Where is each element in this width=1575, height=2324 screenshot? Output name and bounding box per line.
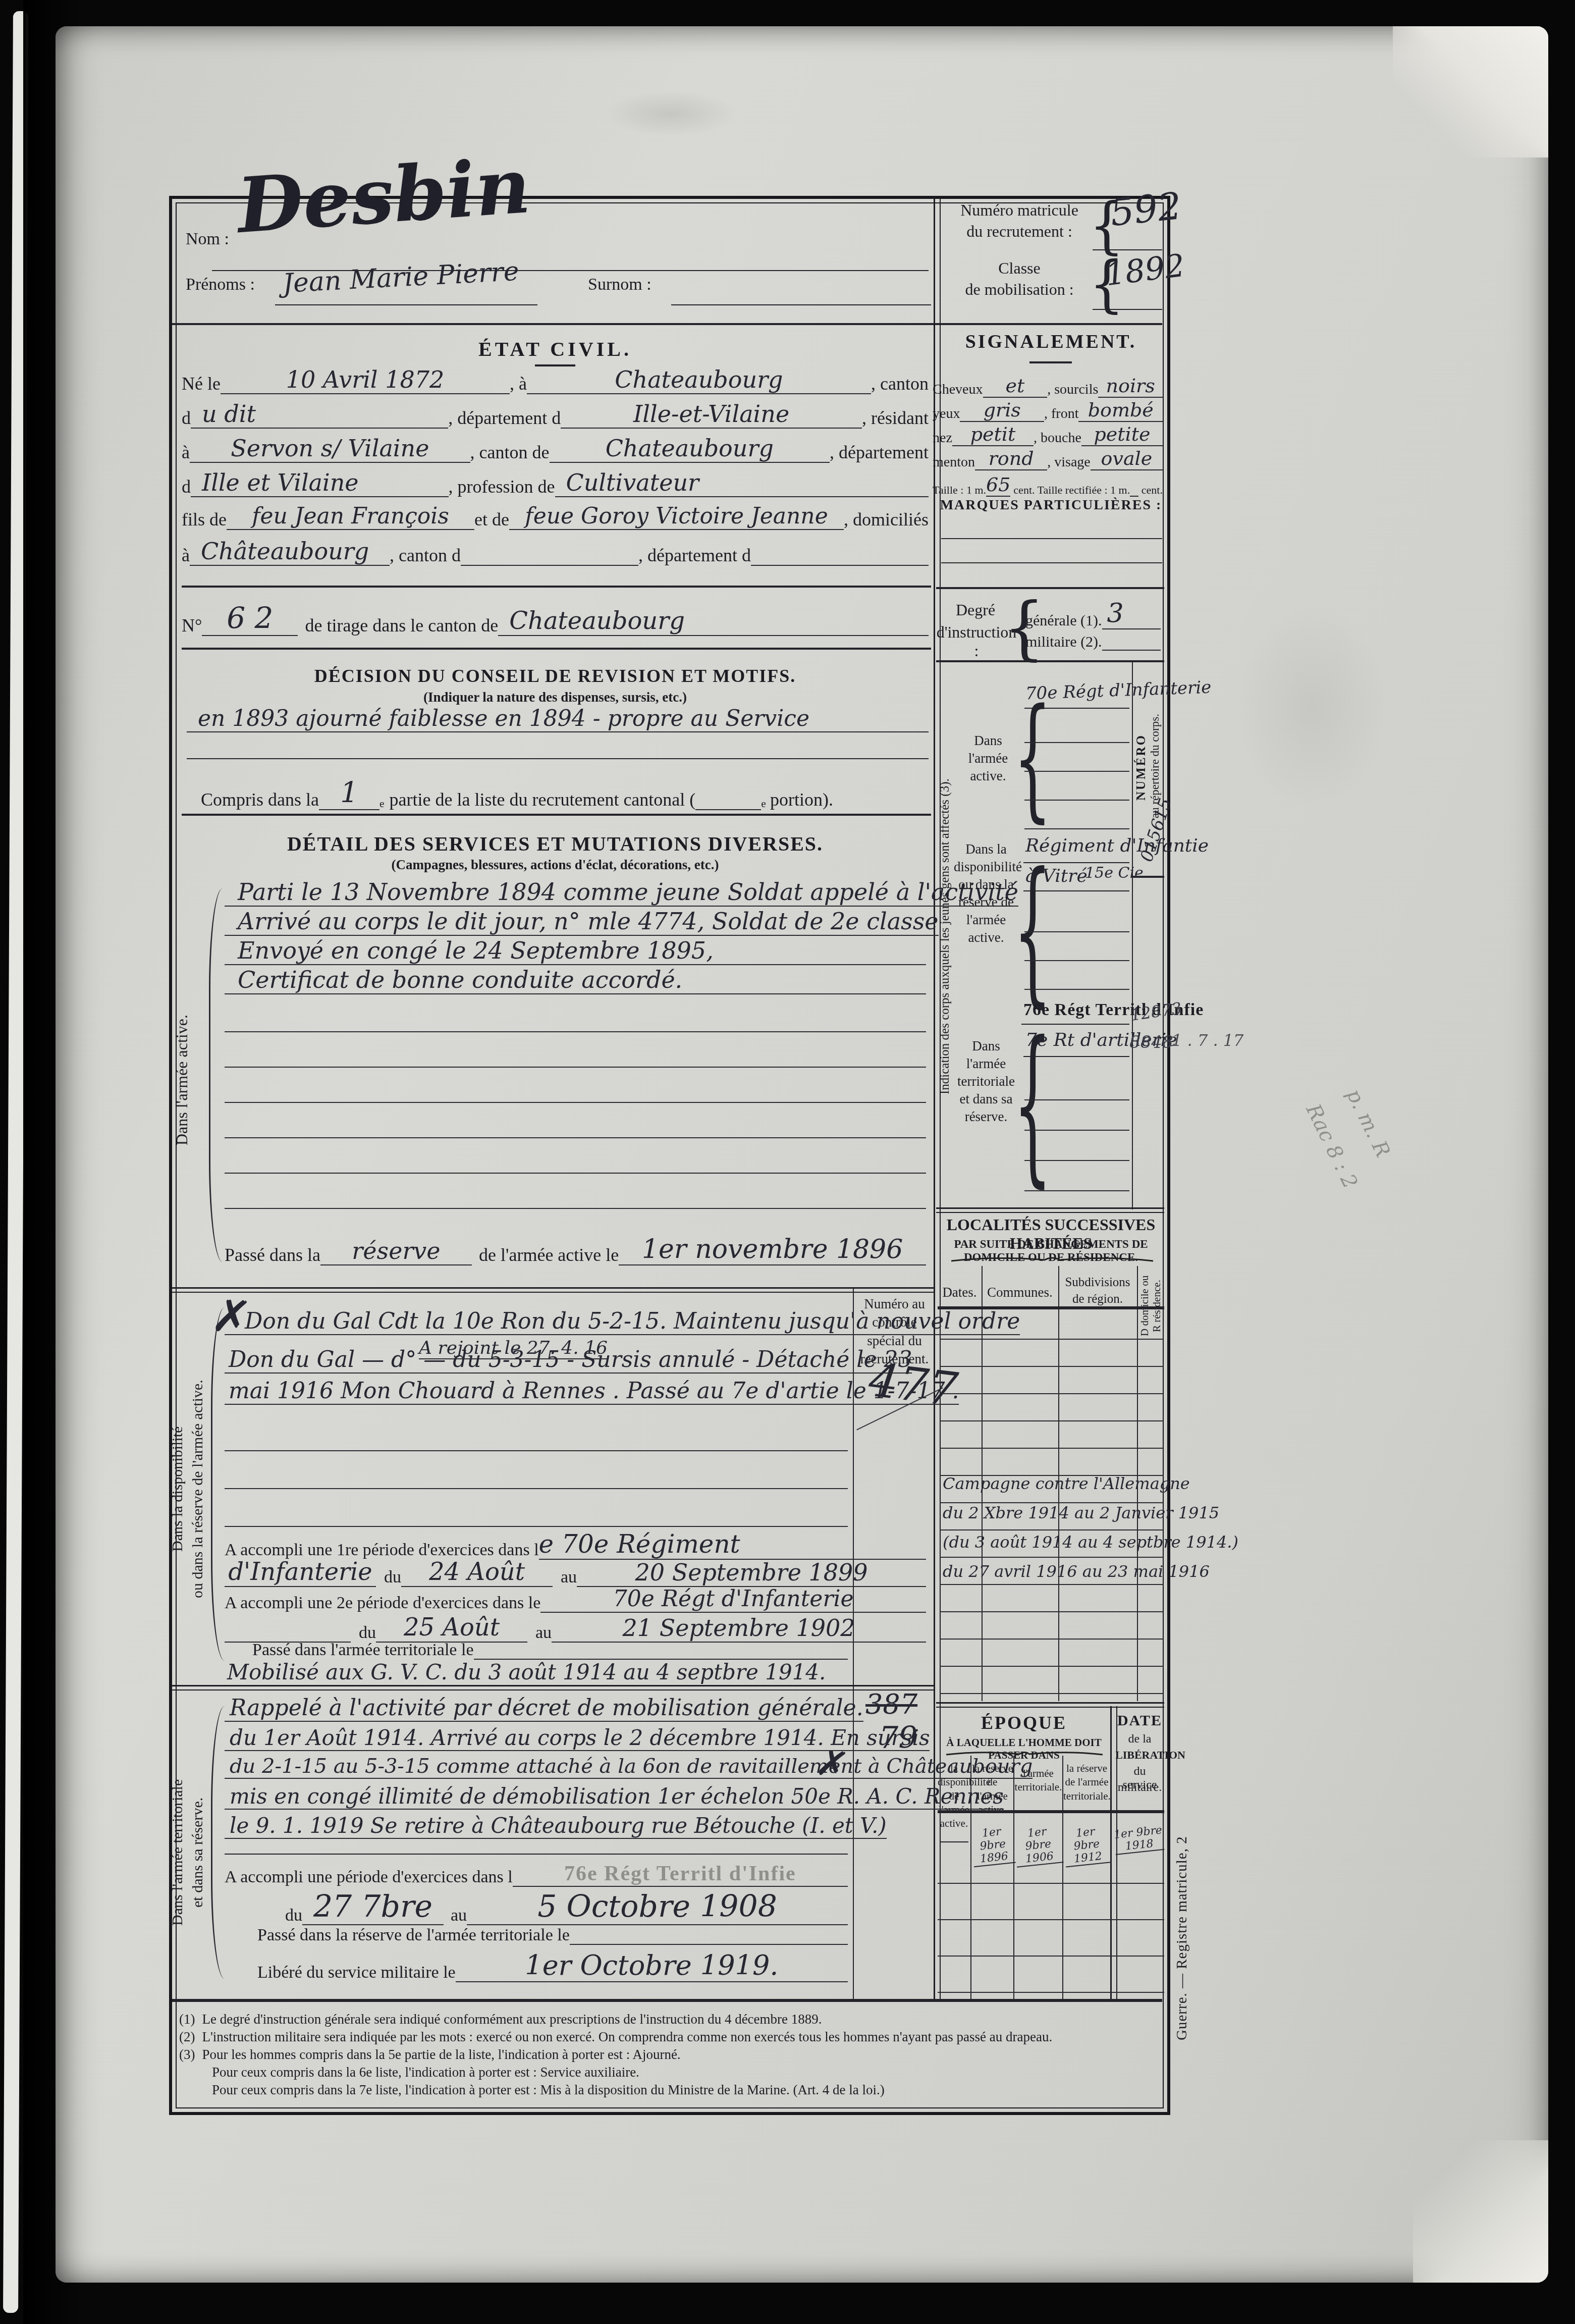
du-label: du: [285, 1906, 302, 1925]
footnote-text: Pour les hommes compris dans la 5e parti…: [202, 2047, 680, 2063]
et-de-label: et de: [474, 509, 509, 530]
yeux-label: yeux: [933, 406, 960, 422]
corps-terr-date-note: 1 . 7 . 17: [1172, 1031, 1243, 1050]
departement-residence: Ille et Vilaine: [191, 469, 449, 497]
date-col-5: militaire.: [1115, 1781, 1164, 1794]
nez-value: petit: [952, 423, 1034, 446]
sourcils-value: noirs: [1098, 375, 1163, 398]
generale-value: 3: [1102, 598, 1161, 629]
date-col-3: LIBÉRATION: [1115, 1749, 1164, 1762]
passe-reserve-label-2: de l'armée active le: [472, 1244, 619, 1265]
service-line: Parti le 13 Novembre 1894 comme jeune So…: [225, 878, 1018, 907]
terr-side-wrap-2: et dans sa réserve.: [188, 1711, 208, 1994]
register-caption: Guerre. — Registre matricule, 2: [1174, 1767, 1190, 2110]
d-label: d: [182, 407, 191, 429]
table-ruled-lines: [938, 1847, 1164, 1994]
commune-naissance: Chateaubourg: [527, 366, 871, 394]
corps-dispo-value-2: à Vitré: [1025, 866, 1088, 886]
service-line: Arrivé au corps le dit jour, n° mle 4774…: [225, 908, 939, 936]
terr-periode-to: 5 Octobre 1908: [467, 1889, 848, 1925]
taille-rectifiee-blank: [1130, 496, 1138, 497]
portion-blank: [695, 809, 761, 810]
taille-rectifiee-label: cent. Taille rectifiée : 1 m.: [1010, 484, 1130, 497]
decision-subtitle: (Indiquer la nature des dispenses, sursi…: [182, 690, 929, 705]
blank-ruled-lines: [225, 997, 926, 1211]
cent-label: cent.: [1138, 484, 1163, 497]
regiment-stamp-gray: 76e Régt Territl d'Infie: [513, 1862, 848, 1887]
departement-parents-blank: [751, 565, 929, 566]
dispo-side-wrap-1: Dans la disponibilité: [168, 1312, 188, 1666]
signalement-title: SIGNALEMENT.: [939, 331, 1163, 353]
classe-label-2: de mobilisation :: [946, 280, 1093, 299]
profession-value: Cultivateur: [555, 469, 929, 497]
passe-reserve-date: 1er novembre 1896: [619, 1234, 926, 1265]
corps-dispo-label: Dans la disponibilité ou dans la réserve…: [954, 840, 1018, 947]
periode1-to: 20 Septembre 1899: [577, 1559, 926, 1587]
d-label: d: [182, 476, 191, 497]
passe-reserve-value: réserve: [320, 1237, 472, 1265]
au-label: au: [444, 1906, 467, 1925]
militaire-label: militaire (2).: [1025, 633, 1102, 651]
numero-tirage-value: 6 2: [202, 601, 298, 636]
side-label-armee-active: Dans l'armée active.: [173, 888, 191, 1272]
tirage-texte: de tirage dans le canton de: [298, 615, 498, 636]
epoque-title: ÉPOQUE: [938, 1712, 1110, 1733]
periode1-value: e 70e Régiment: [539, 1529, 926, 1560]
dispo-line: Don du Gal — d° — du 5-3-15 - Sursis ann…: [225, 1347, 912, 1374]
periode2-to: 21 Septembre 1902: [552, 1614, 926, 1643]
date-col-2: de la: [1115, 1732, 1164, 1746]
col-dates: Dates.: [938, 1285, 982, 1300]
blank-ruled-lines: [1024, 714, 1129, 831]
compris-label-3: portion).: [766, 789, 833, 810]
residant-label: , résidant: [862, 407, 929, 429]
matricule-label-1: Numéro matricule: [946, 201, 1093, 220]
etat-civil-title: ÉTAT CIVIL.: [182, 337, 929, 361]
date-col-title: DATE: [1115, 1712, 1164, 1729]
domicilies-label: , domiciliés: [844, 509, 929, 530]
cheveux-label: Cheveux: [933, 382, 983, 398]
footnote-text: Le degré d'instruction générale sera ind…: [202, 2012, 822, 2027]
departement-label: , département d: [638, 545, 751, 566]
epoque-col3: l'armée territoriale.: [1014, 1767, 1062, 1794]
departement-label: , département: [830, 442, 929, 463]
compris-label-2: partie de la liste du recrutement canton…: [385, 789, 696, 810]
periode2-value: 70e Régt d'Infanterie: [540, 1586, 926, 1613]
nez-label: nez: [933, 430, 952, 446]
visage-label: , visage: [1047, 454, 1091, 470]
compris-partie-value: 1: [319, 776, 379, 810]
blank-ruled-lines: [225, 1413, 848, 1528]
marques-label: MARQUES PARTICULIÈRES :: [939, 497, 1163, 513]
terr-line: Rappelé à l'activité par décret de mobil…: [225, 1695, 863, 1722]
controle-num-crossed: 387: [865, 1688, 917, 1720]
canton-naissance: u dit: [191, 400, 448, 429]
passe-territoriale-label: Passé dans l'armée territoriale le: [252, 1641, 474, 1660]
decision-note: en 1893 ajourné faiblesse en 1894 - prop…: [187, 706, 929, 732]
domicile-parents: Châteaubourg: [190, 538, 390, 566]
terr-line: le 9. 1. 1919 Se retire à Châteaubourg r…: [225, 1813, 887, 1839]
matricule-value: 592: [1108, 184, 1183, 235]
canton-label: , canton: [871, 373, 929, 394]
terr-periode-label: A accompli une période d'exercices dans …: [225, 1868, 513, 1887]
campagne-note-1: Campagne contre l'Allemagne: [943, 1474, 1190, 1493]
profession-label: , profession de: [449, 476, 555, 497]
blank-ruled-lines: [941, 515, 1162, 565]
dispo-line: mai 1916 Mon Chouard à Rennes . Passé au…: [225, 1378, 959, 1405]
menton-value: rond: [975, 447, 1047, 470]
corps-terr-label: Dans l'armée territoriale et dans sa rés…: [954, 1037, 1018, 1126]
matricule-label-2: du recrutement :: [946, 222, 1093, 241]
departement-naissance: Ille-et-Vilaine: [561, 400, 862, 429]
canton-tirage: Chateaubourg: [498, 607, 929, 636]
periode1-value-2: d'Infanterie: [225, 1558, 376, 1587]
footnote-text: L'instruction militaire sera indiquée pa…: [202, 2029, 1052, 2045]
decision-title: DÉCISION DU CONSEIL DE REVISION ET MOTIF…: [182, 665, 929, 686]
menton-label: menton: [933, 454, 975, 470]
yeux-value: gris: [960, 399, 1044, 422]
canton-parents-blank: [461, 565, 638, 566]
canton-label: , canton d: [390, 545, 461, 566]
canton-residence: Chateaubourg: [550, 435, 830, 463]
footnote-num: (1): [179, 2012, 202, 2027]
epoque-col4: la réserve de l'armée territoriale.: [1063, 1762, 1110, 1803]
surnom-label: Surnom :: [588, 275, 651, 294]
footnote-text: Pour ceux compris dans la 7e liste, l'in…: [212, 2082, 885, 2098]
compris-label: Compris dans la: [201, 789, 319, 810]
mere-value: feue Goroy Victoire Jeanne: [509, 503, 844, 530]
sup-e: e: [379, 798, 385, 810]
page-corner-curl-bottom: [1413, 2140, 1548, 2283]
au-label: au: [527, 1623, 552, 1643]
services-side-label-wrap: Dans l'armée active.: [171, 888, 193, 1272]
campagne-note-4: du 27 avril 1916 au 23 mai 1916: [943, 1562, 1210, 1581]
a-label: , à: [510, 373, 527, 394]
du-label: du: [376, 1568, 401, 1587]
services-subtitle: (Campagnes, blessures, actions d'éclat, …: [182, 857, 929, 873]
classe-label-1: Classe: [946, 259, 1093, 278]
col-communes: Communes.: [982, 1285, 1058, 1300]
canton-label: , canton de: [470, 442, 550, 463]
periode2-from: 25 Août: [376, 1613, 527, 1643]
libere-label: Libéré du service militaire le: [257, 1963, 456, 1982]
cheveux-value: et: [983, 375, 1048, 398]
periode1-label: A accompli une 1re période d'exercices d…: [225, 1541, 539, 1560]
a-label: à: [182, 442, 190, 463]
scanned-military-register-photo: Nom : Desbin Prénoms : Jean Marie Pierre…: [0, 0, 1575, 2324]
corps-side-label: Indication des corps auxquels les jeunes…: [938, 671, 952, 1201]
campagne-note-3: (du 3 août 1914 au 4 septbre 1914.): [943, 1533, 1238, 1552]
register-caption-wrap: Guerre. — Registre matricule, 2: [1172, 1767, 1192, 2110]
terr-line: du 2-1-15 au 5-3-15 comme attaché à la 6…: [225, 1755, 1033, 1779]
swash-ornament: [951, 1255, 1153, 1263]
militaire-blank: [1102, 650, 1161, 651]
mobilise-note: Mobilisé aux G. V. C. du 3 août 1914 au …: [227, 1660, 826, 1684]
swash-ornament: [946, 1750, 1103, 1757]
blank-ruled-lines: [1024, 1070, 1129, 1194]
bouche-label: , bouche: [1034, 430, 1081, 446]
date-naissance: 10 Avril 1872: [221, 366, 510, 394]
generale-label: générale (1).: [1025, 612, 1102, 629]
epoque-col1: la disponibilité de l'armée active.: [938, 1762, 970, 1830]
nom-label: Nom :: [186, 230, 229, 249]
a-label: à: [182, 545, 190, 566]
sourcils-label: , sourcils: [1047, 382, 1098, 398]
periode1-from: 24 Août: [401, 1558, 553, 1587]
epoque-col2: la réserve de l'armée active.: [971, 1762, 1013, 1817]
epoque-subtitle: À LAQUELLE L'HOMME DOIT PASSER DANS: [938, 1736, 1110, 1762]
passe-reserve-label-1: Passé dans la: [225, 1244, 320, 1265]
numero-tirage-label: N°: [182, 615, 202, 636]
blank-ruled-lines: [1024, 904, 1129, 992]
sup-e: e: [761, 798, 766, 810]
page-corner-fold-top: [1393, 26, 1548, 157]
taille-value: 65: [986, 473, 1010, 497]
col-subdivisions: Subdivisions de région.: [1058, 1275, 1137, 1307]
commune-residence: Servon s/ Vilaine: [190, 435, 470, 463]
reserve-terr-label: Passé dans la réserve de l'armée territo…: [257, 1926, 570, 1945]
campagne-note-2: du 2 Xbre 1914 au 2 Janvier 1915: [943, 1503, 1219, 1522]
degre-label-1: Degré: [943, 601, 1008, 619]
bouche-value: petite: [1081, 423, 1163, 446]
terr-side-wrap-1: Dans l'armée territoriale: [168, 1711, 188, 1994]
dispo-side-wrap-2: ou dans la réserve de l'armée active.: [188, 1302, 208, 1676]
side-label-terr-1: Dans l'armée territoriale: [169, 1711, 186, 1994]
side-label-dispo-1: Dans la disponibilité: [169, 1312, 186, 1666]
footnote-num: (3): [179, 2047, 202, 2063]
au-label: au: [553, 1568, 577, 1587]
dispo-line: Don du Gal Cdt la 10e Ron du 5-2-15. Mai…: [225, 1308, 1020, 1335]
footnote-num: (2): [179, 2029, 202, 2045]
fils-de-label: fils de: [182, 509, 227, 530]
side-label-terr-2: et dans sa réserve.: [189, 1711, 206, 1994]
departement-label: , département d: [448, 407, 561, 429]
terr-line: mis en congé illimité de démobilisation …: [225, 1784, 1004, 1810]
services-title: DÉTAIL DES SERVICES ET MUTATIONS DIVERSE…: [182, 832, 929, 856]
corps-dispo-value-1: Régiment d'Infantie: [1025, 835, 1209, 856]
ne-le-label: Né le: [182, 373, 221, 394]
prenoms-label: Prénoms :: [186, 275, 255, 294]
du-label: du: [351, 1623, 376, 1643]
corps-terr-value-num: 8848: [1129, 1032, 1173, 1052]
periode2-label: A accompli une 2e période d'exercices da…: [225, 1594, 540, 1613]
pere-value: feu Jean François: [227, 503, 474, 530]
side-label-dispo-2: ou dans la réserve de l'armée active.: [189, 1302, 206, 1676]
front-value: bombé: [1078, 399, 1163, 422]
front-label: , front: [1044, 406, 1078, 422]
terr-periode-from: 27 7bre: [302, 1889, 444, 1925]
footnote-text: Pour ceux compris dans la 6e liste, l'in…: [212, 2065, 639, 2080]
visage-value: ovale: [1091, 447, 1163, 470]
corps-dispo-value-3: 15e Cie: [1085, 864, 1144, 882]
blank: [570, 1944, 848, 1945]
taille-label: Taille : 1 m.: [933, 484, 986, 497]
libere-date: 1er Octobre 1919.: [456, 1949, 848, 1982]
service-line: Certificat de bonne conduite accordé.: [225, 966, 926, 994]
corps-active-label: Dans l'armée active.: [958, 732, 1018, 785]
service-line: Envoyé en congé le 24 Septembre 1895,: [225, 937, 926, 965]
corps-side-wrap: Indication des corps auxquels les jeunes…: [937, 671, 954, 1201]
